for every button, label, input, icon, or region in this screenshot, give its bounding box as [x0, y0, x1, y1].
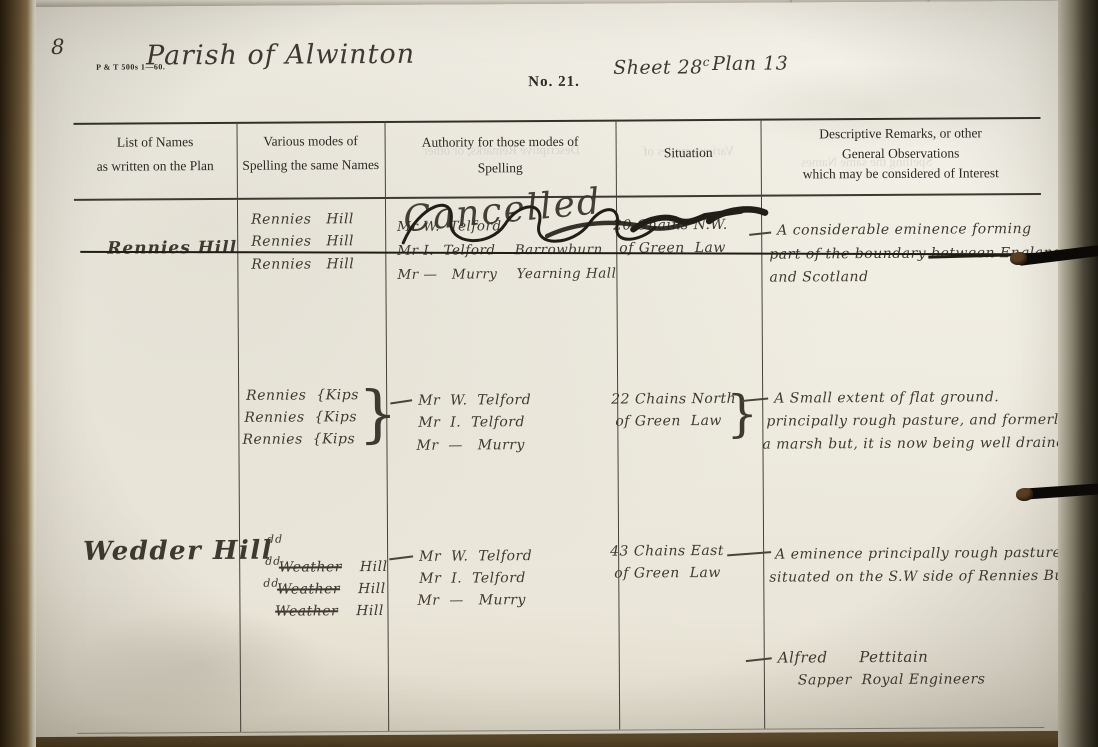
- header-names-line2: as written on the Plan: [74, 158, 237, 175]
- grouping-brace: }: [726, 385, 758, 443]
- binding-cord-knot: [1016, 488, 1033, 501]
- situation-entry: 43 Chains East: [610, 543, 724, 560]
- spelling-entry: Rennies Hill: [251, 211, 354, 228]
- inserted-letters: dd: [263, 577, 279, 590]
- kept-word: Hill: [338, 603, 384, 619]
- header-authority-line1: Authority for those modes of: [385, 134, 616, 151]
- header-spelling-line2: Spelling the same Names: [237, 157, 385, 174]
- name-book-page: 8 P & T 500s 1—60. Parish of Alwinton No…: [24, 1, 1068, 737]
- pen-flourish: [389, 555, 413, 560]
- sheet-superscript: c: [703, 55, 710, 69]
- inserted-letters: dd: [265, 555, 281, 568]
- situation-entry: 22 Chains North: [611, 391, 736, 408]
- surveyor-signature: Alfred Pettitain: [778, 648, 929, 667]
- sheet-text: Sheet 28: [613, 56, 703, 79]
- page-number: 8: [51, 35, 65, 59]
- remarks-line: A eminence principally rough pasture: [775, 545, 1061, 563]
- header-remarks-line2: General Observations: [761, 145, 1041, 163]
- entry-name-rennies-hill: Rennies Hill: [107, 238, 237, 259]
- spelling-entry: Rennies {Kips: [242, 431, 355, 448]
- remarks-line: principally rough pasture, and formerly: [766, 412, 1067, 430]
- remarks-line: and Scotland: [769, 269, 868, 286]
- situation-entry: of Green Law: [614, 565, 721, 582]
- spelling-entry-corrected: WeatherddHill: [245, 587, 384, 636]
- header-remarks-line1: Descriptive Remarks, or other: [761, 125, 1041, 143]
- grouping-brace: }: [358, 377, 398, 450]
- parish-title: Parish of Alwinton: [146, 39, 415, 72]
- header-names-line1: List of Names: [74, 134, 237, 151]
- authority-entry: Mr — Murry: [416, 437, 525, 454]
- pen-flourish: [746, 657, 772, 661]
- remarks-line: A Small extent of flat ground.: [774, 389, 999, 406]
- authority-entry: Mr I. Telford: [419, 570, 526, 587]
- entry-name-wedder-hill: Wedder Hill: [83, 536, 273, 567]
- header-authority-line2: Spelling: [385, 160, 616, 177]
- remarks-line: a marsh but, it is now being well draine…: [762, 435, 1074, 453]
- inserted-letters: dd: [267, 533, 283, 546]
- authority-entry: Mr W. Telford: [419, 548, 532, 565]
- header-remarks-line3: which may be considered of Interest: [761, 165, 1041, 183]
- surveyor-title: Sapper Royal Engineers: [798, 671, 986, 688]
- binding-cord-knot: [1010, 252, 1027, 265]
- spelling-entry: Rennies Hill: [251, 256, 354, 273]
- remarks-line: situated on the S.W side of Rennies Burn: [769, 568, 1080, 586]
- table-top-rule: [73, 117, 1040, 125]
- photographed-register-page: 8 P & T 500s 1—60. Parish of Alwinton No…: [0, 0, 1098, 747]
- column-rule-1: [236, 122, 241, 732]
- page-stack-edge-right: [1058, 0, 1098, 747]
- sheet-number: Sheet 28c: [613, 55, 710, 79]
- pen-flourish: [727, 551, 771, 556]
- authority-entry: Mr W. Telford: [418, 392, 531, 409]
- header-spelling-line1: Various modes of: [237, 133, 385, 150]
- spelling-entry: Rennies {Kips: [244, 409, 357, 426]
- authority-entry: Mr — Murry: [417, 592, 526, 609]
- struck-spelling: Weather: [275, 603, 338, 619]
- header-situation: Situation: [616, 145, 761, 162]
- wooden-table-edge-left: [0, 0, 36, 747]
- record-number: No. 21.: [528, 74, 580, 91]
- spelling-entry: Rennies {Kips: [246, 387, 359, 404]
- situation-entry: of Green Law: [615, 413, 722, 430]
- authority-entry: Mr I. Telford: [418, 414, 525, 431]
- ink-scribble: [397, 189, 777, 269]
- plan-number: Plan 13: [712, 53, 788, 75]
- remarks-line: A considerable eminence forming: [777, 221, 1032, 239]
- spelling-entry: Rennies Hill: [251, 233, 354, 250]
